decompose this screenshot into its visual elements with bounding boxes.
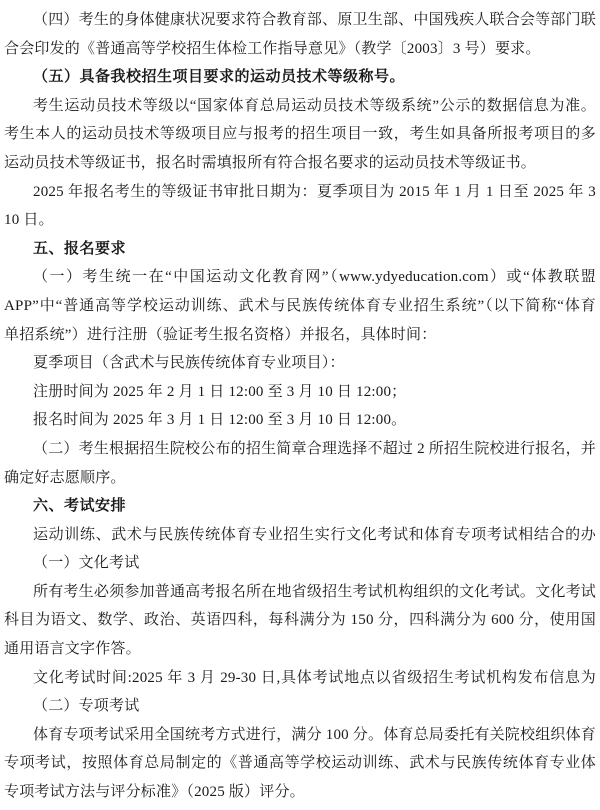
text-line: （二）考生根据招生院校公布的招生简章合理选择不超过 2 所招生院校进行报名，并 xyxy=(4,435,596,464)
text-line: 所有考生必须参加普通高考报名所在地省级招生考试机构组织的文化考试。文化考试 xyxy=(4,578,596,607)
text-line: 体育专项考试采用全国统考方式进行，满分 100 分。体育总局委托有关院校组织体育 xyxy=(4,721,596,750)
text-line: APP”中“普通高等学校运动训练、武术与民族传统体育专业招生系统”（以下简称“体… xyxy=(4,292,596,321)
text-line: 运动训练、武术与民族传统体育专业招生实行文化考试和体育专项考试相结合的办法。 xyxy=(4,521,596,550)
text-line: （二）专项考试 xyxy=(4,692,596,721)
text-line: 确定好志愿顺序。 xyxy=(4,464,596,493)
text-line: 考生本人的运动员技术等级项目应与报考的招生项目一致，考生如具备所报考项目的多个 xyxy=(4,120,596,149)
text-line: 单招系统”）进行注册（验证考生报名资格）并报名，具体时间： xyxy=(4,321,596,350)
text-line: （一）文化考试 xyxy=(4,549,596,578)
document-page: （四）考生的身体健康状况要求符合教育部、原卫生部、中国残疾人联合会等部门联 合会… xyxy=(0,0,600,810)
section-heading: 六、考试安排 xyxy=(4,492,596,521)
text-line: 夏季项目（含武术与民族传统体育专业项目）： xyxy=(4,349,596,378)
text-line: 科目为语文、数学、政治、英语四科，每科满分为 150 分，四科满分为 600 分… xyxy=(4,606,596,635)
text-line: 考生运动员技术等级以“国家体育总局运动员技术等级系统”公示的数据信息为准。 xyxy=(4,92,596,121)
text-line: （一）考生统一在“中国运动文化教育网”（www.ydyeducation.com… xyxy=(4,263,596,292)
text-line: 专项考试，按照体育总局制定的《普通高等学校运动训练、武术与民族传统体育专业体育 xyxy=(4,749,596,778)
section-heading: 五、报名要求 xyxy=(4,235,596,264)
text-line: 文化考试时间:2025 年 3 月 29-30 日,具体考试地点以省级招生考试机… xyxy=(4,664,596,693)
text-line: 10 日。 xyxy=(4,206,596,235)
text-line: 报名时间为 2025 年 3 月 1 日 12:00 至 3 月 10 日 12… xyxy=(4,406,596,435)
text-line: 运动员技术等级证书，报名时需填报所有符合报名要求的运动员技术等级证书。 xyxy=(4,149,596,178)
text-line: 通用语言文字作答。 xyxy=(4,635,596,664)
text-line: （四）考生的身体健康状况要求符合教育部、原卫生部、中国残疾人联合会等部门联 xyxy=(4,6,596,35)
section-subheading: （五）具备我校招生项目要求的运动员技术等级称号。 xyxy=(4,63,596,92)
text-line: 2025 年报名考生的等级证书审批日期为：夏季项目为 2015 年 1 月 1 … xyxy=(4,178,596,207)
text-line: 专项考试方法与评分标准》（2025 版）评分。 xyxy=(4,778,596,807)
text-line: 注册时间为 2025 年 2 月 1 日 12:00 至 3 月 10 日 12… xyxy=(4,378,596,407)
text-line: 合会印发的《普通高等学校招生体检工作指导意见》（教学〔2003〕3 号）要求。 xyxy=(4,35,596,64)
